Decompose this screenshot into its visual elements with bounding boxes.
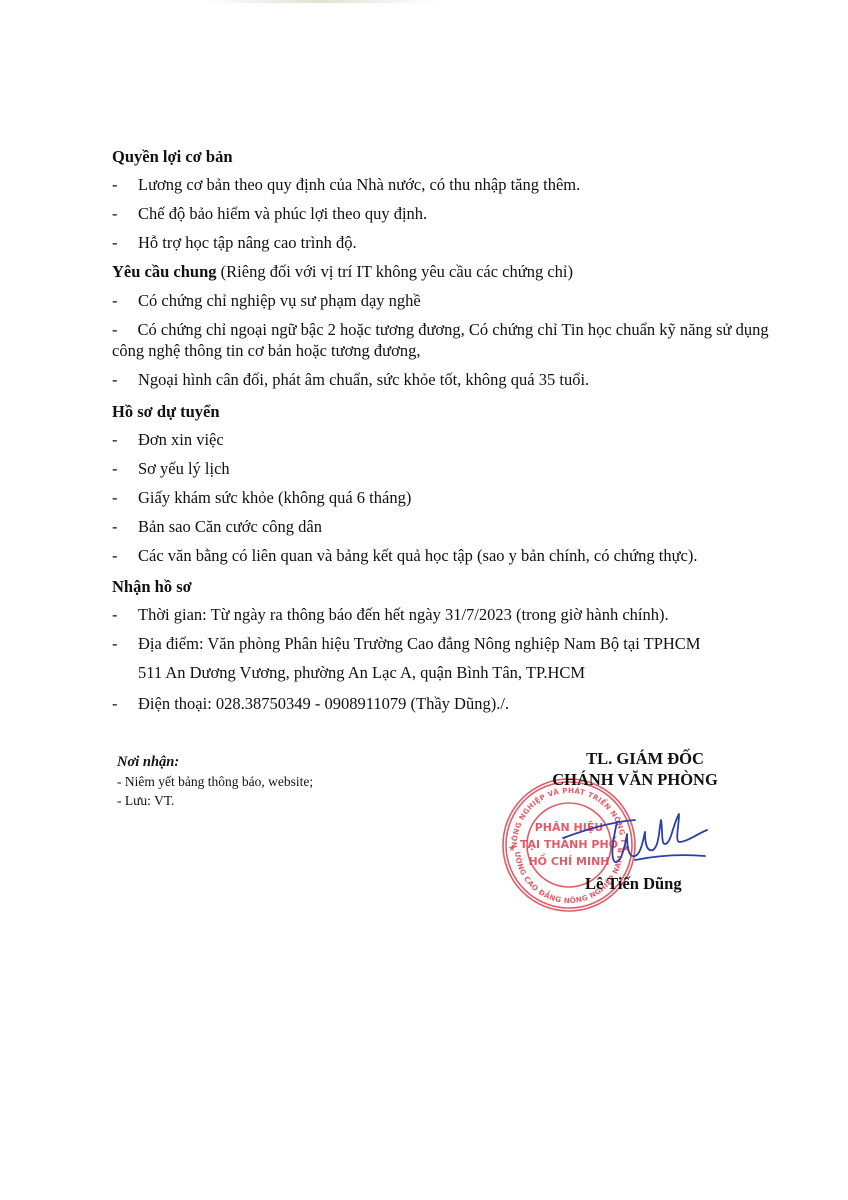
recipients-block: Nơi nhận: - Niêm yết bảng thông báo, web… <box>117 753 313 810</box>
signature-title-1: TL. GIÁM ĐỐC <box>520 748 750 769</box>
bullet: - <box>112 634 118 654</box>
bullet: - <box>112 370 118 390</box>
bullet: - <box>112 175 118 195</box>
svg-text:★: ★ <box>508 844 516 854</box>
recipient-item: - Niêm yết bảng thông báo, website; <box>117 772 313 791</box>
item-text: Giấy khám sức khỏe (không quá 6 tháng) <box>138 488 411 508</box>
heading-note: (Riêng đối với vị trí IT không yêu cầu c… <box>217 262 573 281</box>
bullet: - <box>112 605 118 625</box>
section-heading-requirements: Yêu cầu chung (Riêng đối với vị trí IT k… <box>112 262 573 282</box>
item-text: Đơn xin việc <box>138 430 224 450</box>
bullet: - <box>112 320 118 339</box>
signature-title-2: CHÁNH VĂN PHÒNG <box>520 769 750 790</box>
bullet: - <box>112 291 118 311</box>
heading-text: Nhận hồ sơ <box>112 577 192 596</box>
item-text: Thời gian: Từ ngày ra thông báo đến hết … <box>138 605 669 625</box>
item-text: Ngoại hình cân đối, phát âm chuẩn, sức k… <box>138 370 589 390</box>
bullet: - <box>112 430 118 450</box>
item-text: Địa điểm: Văn phòng Phân hiệu Trường Cao… <box>138 634 700 654</box>
recipient-item: - Lưu: VT. <box>117 791 313 810</box>
handwritten-signature-icon <box>555 800 715 880</box>
bullet: - <box>112 546 118 566</box>
bullet: - <box>112 694 118 714</box>
signature-block: TL. GIÁM ĐỐC CHÁNH VĂN PHÒNG <box>520 748 750 790</box>
bullet: - <box>112 517 118 537</box>
address-line: 511 An Dương Vương, phường An Lạc A, quậ… <box>138 663 585 683</box>
bullet: - <box>112 233 118 253</box>
section-heading-submission: Nhận hồ sơ <box>112 577 192 597</box>
signer-name: Lê Tiến Dũng <box>585 874 682 894</box>
bullet: - <box>112 488 118 508</box>
item-text: Có chứng chỉ nghiệp vụ sư phạm dạy nghề <box>138 291 421 311</box>
heading-text: Yêu cầu chung <box>112 262 217 281</box>
section-heading-application: Hồ sơ dự tuyển <box>112 402 220 422</box>
item-text: Có chứng chỉ ngoại ngữ bậc 2 hoặc tương … <box>112 320 769 360</box>
bullet: - <box>112 204 118 224</box>
item-text: Lương cơ bản theo quy định của Nhà nước,… <box>138 175 580 195</box>
heading-text: Hồ sơ dự tuyển <box>112 402 220 421</box>
scan-artifact <box>200 0 440 3</box>
bullet: - <box>112 459 118 479</box>
item-text: Chế độ bảo hiểm và phúc lợi theo quy địn… <box>138 204 427 224</box>
heading-text: Quyền lợi cơ bản <box>112 147 233 166</box>
item-text: Hỗ trợ học tập nâng cao trình độ. <box>138 233 357 253</box>
recipients-title: Nơi nhận: <box>117 753 313 772</box>
item-text: Sơ yếu lý lịch <box>138 459 230 479</box>
item-text: Các văn bằng có liên quan và bảng kết qu… <box>138 546 697 566</box>
item-text: Điện thoại: 028.38750349 - 0908911079 (T… <box>138 694 509 714</box>
section-heading-benefits: Quyền lợi cơ bản <box>112 147 233 167</box>
list-item: -Có chứng chỉ ngoại ngữ bậc 2 hoặc tương… <box>112 319 802 361</box>
item-text: Bản sao Căn cước công dân <box>138 517 322 537</box>
